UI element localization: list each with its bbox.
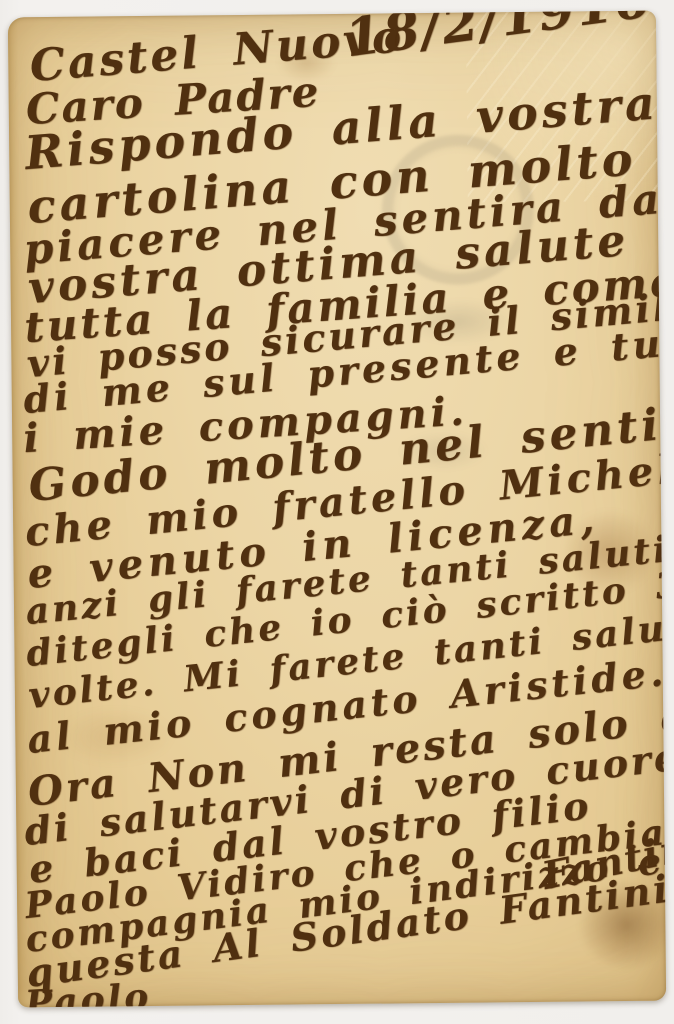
date-line: 18/2/1916 [342,11,656,68]
closing-name-line: Paolo [24,977,152,1007]
postcard: Castel Nuovo18/2/1916Caro PadreRispondo … [8,11,666,1008]
